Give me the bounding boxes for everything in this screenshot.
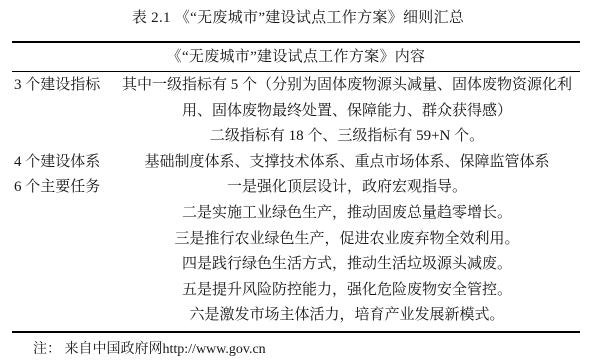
row-content: 基础制度体系、支撑技术体系、重点市场体系、保障监管体系 — [114, 150, 580, 176]
table-cell-line: 五是提升风险防控能力，强化危险废物安全管控。 — [114, 278, 580, 304]
source-note: 注： 来自中国政府网http://www.gov.cn — [33, 338, 266, 358]
table-cell-line: 二级指标有 18 个、三级指标有 59+N 个。 — [114, 124, 580, 150]
table-cell-line: 用、固体废物最终处置、保障能力、群众获得感） — [114, 99, 580, 125]
table-cell-line: 三是推行农业绿色生产，促进农业废弃物全效利用。 — [114, 227, 580, 253]
summary-table: 《“无废城市”建设试点工作方案》内容 3 个建设指标 其中一级指标有 5 个（分… — [12, 41, 580, 333]
row-content: 一是强化顶层设计，政府宏观指导。 二是实施工业绿色生产，推动固废总量趋零增长。 … — [114, 175, 580, 329]
table-cell-line: 二是实施工业绿色生产，推动固废总量趋零增长。 — [114, 201, 580, 227]
table-cell-line: 四是践行绿色生活方式，推动生活垃圾源头减废。 — [114, 252, 580, 278]
table-header: 《“无废城市”建设试点工作方案》内容 — [12, 43, 580, 72]
table-body: 3 个建设指标 其中一级指标有 5 个（分别为固体废物源头减量、固体废物资源化利… — [12, 72, 580, 331]
row-content: 其中一级指标有 5 个（分别为固体废物源头减量、固体废物资源化利 用、固体废物最… — [114, 73, 580, 150]
table-cell-line: 基础制度体系、支撑技术体系、重点市场体系、保障监管体系 — [114, 150, 580, 176]
table-row: 3 个建设指标 其中一级指标有 5 个（分别为固体废物源头减量、固体废物资源化利… — [12, 73, 580, 150]
row-label: 3 个建设指标 — [12, 73, 114, 99]
table-cell-line: 六是激发市场主体活力，培育产业发展新模式。 — [114, 303, 580, 329]
document-page: 表 2.1 《“无废城市”建设试点工作方案》细则汇总 《“无废城市”建设试点工作… — [0, 0, 614, 363]
row-label: 6 个主要任务 — [12, 175, 114, 201]
table-row: 6 个主要任务 一是强化顶层设计，政府宏观指导。 二是实施工业绿色生产，推动固废… — [12, 175, 580, 329]
table-cell-line: 一是强化顶层设计，政府宏观指导。 — [114, 175, 580, 201]
table-cell-line: 其中一级指标有 5 个（分别为固体废物源头减量、固体废物资源化利 — [114, 73, 580, 99]
table-caption: 表 2.1 《“无废城市”建设试点工作方案》细则汇总 — [0, 6, 596, 27]
row-label: 4 个建设体系 — [12, 150, 114, 176]
table-row: 4 个建设体系 基础制度体系、支撑技术体系、重点市场体系、保障监管体系 — [12, 150, 580, 176]
